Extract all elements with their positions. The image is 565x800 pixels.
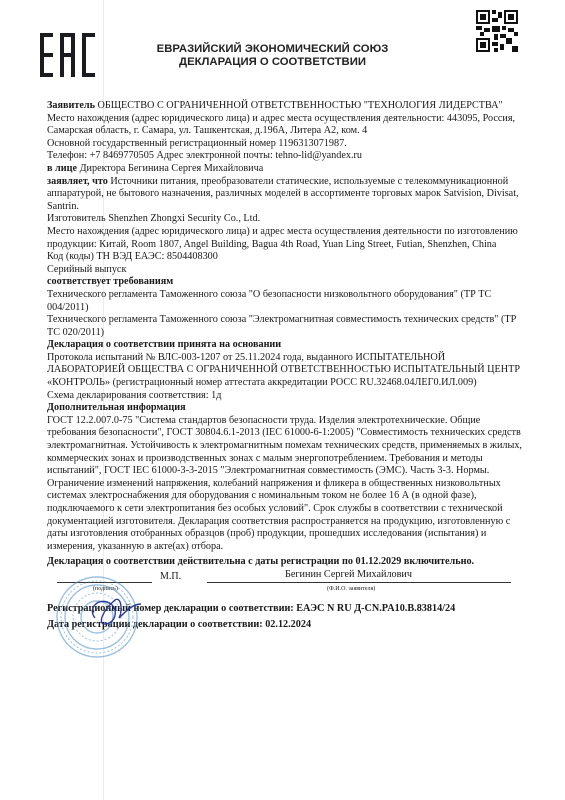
regulation-item: Технического регламента Таможенного союз…: [47, 289, 525, 314]
additional-info-text: ГОСТ 12.2.007.0-75 "Система стандартов б…: [47, 415, 525, 554]
applicant-ogrn: Основной государственный регистрационный…: [47, 138, 525, 151]
production-type: Серийный выпуск: [47, 264, 525, 277]
product-text: Источники питания, преобразователи стати…: [47, 176, 519, 212]
declaration-body: Заявитель ОБЩЕСТВО С ОГРАНИЧЕННОЙ ОТВЕТС…: [47, 100, 525, 631]
eac-logo-icon: [40, 33, 96, 77]
manufacturer: Изготовитель Shenzhen Zhongxi Security C…: [47, 213, 525, 226]
declares-label: заявляет, что: [47, 176, 108, 187]
basis-text: Протокола испытаний № ВЛС-003-1207 от 25…: [47, 352, 525, 390]
person-name: Директора Бегинина Сергея Михайловича: [77, 163, 263, 174]
complies-label: соответствует требованиям: [47, 276, 525, 289]
document-header: ЕВРАЗИЙСКИЙ ЭКОНОМИЧЕСКИЙ СОЮЗ ДЕКЛАРАЦИ…: [130, 43, 415, 69]
basis-label: Декларация о соответствии принята на осн…: [47, 339, 525, 352]
applicant-contacts: Телефон: +7 8469770505 Адрес электронной…: [47, 150, 525, 163]
qr-code-icon: [476, 10, 518, 52]
signature-icon: [85, 590, 155, 630]
applicant-label: Заявитель: [47, 100, 95, 111]
union-title: ЕВРАЗИЙСКИЙ ЭКОНОМИЧЕСКИЙ СОЮЗ: [130, 43, 415, 56]
applicant-address: Место нахождения (адрес юридического лиц…: [47, 113, 525, 138]
seal-place-label: М.П.: [160, 571, 181, 584]
applicant-person: в лице Директора Бегинина Сергея Михайло…: [47, 163, 525, 176]
declaration-scheme: Схема декларирования соответствия: 1д: [47, 390, 525, 403]
hs-code: Код (коды) ТН ВЭД ЕАЭС: 8504408300: [47, 251, 525, 264]
validity-statement: Декларация о соответствии действительна …: [47, 556, 525, 569]
name-caption: (Ф.И.О. заявителя): [327, 583, 375, 596]
regulation-item: Технического регламента Таможенного союз…: [47, 314, 525, 339]
person-label: в лице: [47, 163, 77, 174]
document-title: ДЕКЛАРАЦИЯ О СООТВЕТСТВИИ: [130, 56, 415, 69]
applicant-block: Заявитель ОБЩЕСТВО С ОГРАНИЧЕННОЙ ОТВЕТС…: [47, 100, 525, 113]
manufacturer-address: Место нахождения (адрес юридического лиц…: [47, 226, 525, 251]
signer-name: Бегинин Сергей Михайлович: [285, 569, 412, 582]
product-description: заявляет, что Источники питания, преобра…: [47, 176, 525, 214]
additional-info-label: Дополнительная информация: [47, 402, 525, 415]
applicant-name: ОБЩЕСТВО С ОГРАНИЧЕННОЙ ОТВЕТСТВЕННОСТЬЮ…: [95, 100, 503, 111]
